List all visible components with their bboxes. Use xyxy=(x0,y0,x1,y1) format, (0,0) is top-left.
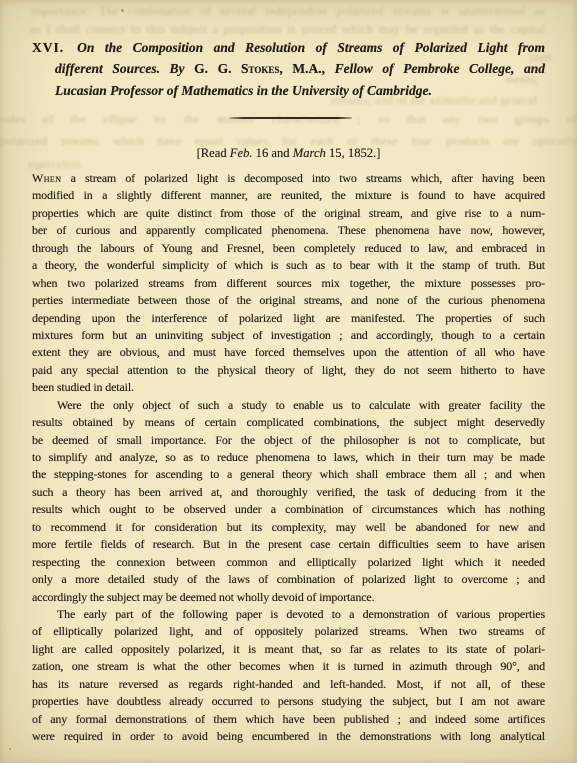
body-line: properties have doubtless already occurr… xyxy=(32,693,545,710)
body-line: Were the only object of such a study to … xyxy=(32,397,545,414)
lead-small-caps: When xyxy=(32,171,61,185)
body-line: when two polarized streams from differen… xyxy=(32,275,545,292)
body-line: has its nature reversed as regards right… xyxy=(32,676,545,693)
scanned-page: { "heading": { "number": "XVI.", "title_… xyxy=(0,0,577,763)
body-line: were required in order to avoid being en… xyxy=(32,728,545,745)
body-line: extent they are obvious, and must have f… xyxy=(32,344,545,361)
heading-line-1: XVI.On the Composition and Resolution of… xyxy=(32,37,545,58)
bleedthrough-text: importance. The combination of several i… xyxy=(30,4,545,19)
body-line: modified in a slightly different manner,… xyxy=(32,187,545,204)
body-line: When a stream of polarized light is deco… xyxy=(32,170,545,187)
bleedthrough-text: sides of the ellipse by the manner chara… xyxy=(0,112,577,127)
body-line: light are called oppositely polarized, i… xyxy=(32,641,545,658)
body-line: such a theory has been arrived at, and t… xyxy=(32,484,545,501)
body-line: more fertile fields of research. But in … xyxy=(32,536,545,553)
ink-speck xyxy=(121,9,124,12)
body-line: perties intermediate between those of th… xyxy=(32,292,545,309)
body-line: results which ought to be observed under… xyxy=(32,501,545,518)
article-heading: XVI.On the Composition and Resolution of… xyxy=(32,37,545,101)
body-line: been studied in detail. xyxy=(32,379,545,396)
body-line: through the labours of Young and Fresnel… xyxy=(32,240,545,257)
divider-rule xyxy=(229,117,352,119)
body-line: accordingly the subject may be deemed no… xyxy=(32,589,545,606)
body-line: of any formal demonstrations of them whi… xyxy=(32,711,545,728)
body-line: to simplify and analyze, so as to reduce… xyxy=(32,449,545,466)
body-line: of elliptically polarized light, and of … xyxy=(32,623,545,640)
bleedthrough-text: as I shall connect to this subject a pro… xyxy=(30,22,545,37)
body-line: results obtained by means of certain com… xyxy=(32,414,545,431)
body-line: only a more detailed study of the laws o… xyxy=(32,571,545,588)
ink-speck xyxy=(9,748,11,750)
article-title: On the Composition and Resolution of Str… xyxy=(77,40,545,55)
author-surname: Stokes xyxy=(241,61,279,76)
body-line: ber of curious and apparently complicate… xyxy=(32,222,545,239)
body-line: zation, one stream is what the other bec… xyxy=(32,658,545,675)
read-date-line: [Read Feb. 16 and March 15, 1852.] xyxy=(32,145,545,161)
body-line: paid any special attention to the physic… xyxy=(32,362,545,379)
body-line: mixtures form but an uninviting subject … xyxy=(32,327,545,344)
body-line: the stepping-stones for ascending to a g… xyxy=(32,466,545,483)
heading-line-3: Lucasian Professor of Mathematics in the… xyxy=(32,80,545,101)
body-line: depending upon the interference of polar… xyxy=(32,310,545,327)
body-line: a theory, the wonderful simplicity of wh… xyxy=(32,257,545,274)
heading-line-2: different Sources. By G. G. Stokes, M.A.… xyxy=(32,58,545,79)
body-line: properties which are quite distinct from… xyxy=(32,205,545,222)
body-line: The early part of the following paper is… xyxy=(32,606,545,623)
body-text: When a stream of polarized light is deco… xyxy=(32,170,545,745)
article-number: XVI. xyxy=(32,40,64,55)
body-line: to recommend it for consideration but it… xyxy=(32,519,545,536)
body-line: respecting the connexion between common … xyxy=(32,554,545,571)
body-line: be deemed of small importance. For the o… xyxy=(32,432,545,449)
